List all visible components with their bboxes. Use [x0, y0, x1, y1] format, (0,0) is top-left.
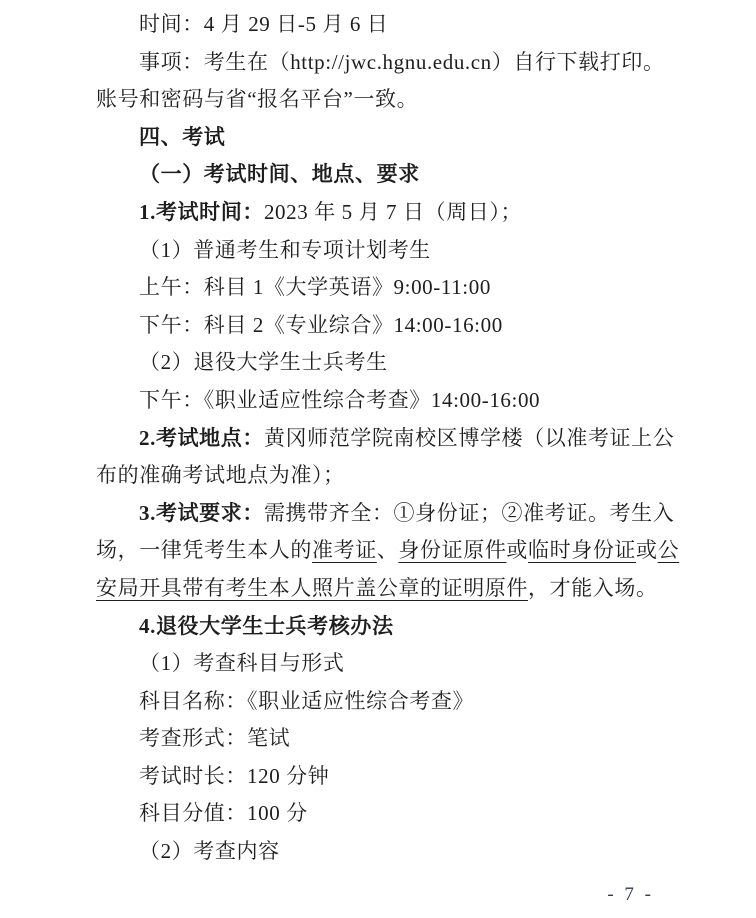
underlined-text: 公 [658, 538, 680, 562]
text-line: 下午：《职业适应性综合考查》14:00-16:00 [96, 382, 724, 420]
text-line: 场，一律凭考生本人的准考证、身份证原件或临时身份证或公 [96, 532, 724, 570]
bold-heading-text: 2.考试地点： [139, 426, 264, 450]
text-segment: 科目名称：《职业适应性综合考查》 [139, 689, 474, 713]
text-line: 上午：科目 1《大学英语》9:00-11:00 [96, 269, 724, 307]
text-segment: 下午：科目 2《专业综合》14:00-16:00 [139, 313, 503, 337]
text-line: （2）退役大学生士兵考生 [96, 344, 724, 382]
text-segment: 账号和密码与省“报名平台”一致。 [96, 87, 418, 111]
bold-heading-text: 1.考试时间： [139, 200, 264, 224]
text-line: （2）考查内容 [96, 833, 724, 871]
text-segment: 事项：考生在（http://jwc.hgnu.edu.cn）自行下载打印。 [139, 50, 665, 74]
underlined-text: 身份证原件 [398, 538, 506, 562]
text-segment: 、 [377, 538, 399, 562]
document-body: 时间：4 月 29 日-5 月 6 日事项：考生在（http://jwc.hgn… [96, 6, 724, 871]
text-segment: ，才能入场。 [528, 576, 658, 600]
text-line: 下午：科目 2《专业综合》14:00-16:00 [96, 307, 724, 345]
text-line: 4.退役大学生士兵考核办法 [96, 608, 724, 646]
text-line: 考查形式：笔试 [96, 720, 724, 758]
underlined-text: 安局开具带有考生本人照片盖公章的证明原件 [96, 576, 528, 600]
text-segment: 下午：《职业适应性综合考查》14:00-16:00 [139, 388, 540, 412]
bold-heading-text: （一）考试时间、地点、要求 [139, 162, 420, 186]
text-segment: （2）退役大学生士兵考生 [139, 350, 388, 374]
text-segment: 时间：4 月 29 日-5 月 6 日 [139, 12, 388, 36]
text-line: 布的准确考试地点为准）； [96, 457, 724, 495]
text-segment: 或 [506, 538, 528, 562]
text-segment: 考试时长：120 分钟 [139, 764, 329, 788]
document-page: 时间：4 月 29 日-5 月 6 日事项：考生在（http://jwc.hgn… [0, 0, 756, 918]
text-line: 2.考试地点：黄冈师范学院南校区博学楼（以准考证上公 [96, 420, 724, 458]
text-line: 事项：考生在（http://jwc.hgnu.edu.cn）自行下载打印。 [96, 44, 724, 82]
text-segment: （1）普通考生和专项计划考生 [139, 238, 431, 262]
underlined-text: 临时身份证 [528, 538, 636, 562]
underlined-text: 准考证 [312, 538, 377, 562]
text-segment: 需携带齐全：①身份证；②准考证。考生入 [264, 501, 674, 525]
text-segment: 2023 年 5 月 7 日（周日）； [264, 200, 522, 224]
text-line: 账号和密码与省“报名平台”一致。 [96, 81, 724, 119]
text-segment: 场，一律凭考生本人的 [96, 538, 312, 562]
text-line: （1）考查科目与形式 [96, 645, 724, 683]
text-segment: 布的准确考试地点为准）； [96, 463, 345, 487]
text-line: 科目分值：100 分 [96, 795, 724, 833]
text-line: 四、考试 [96, 119, 724, 157]
bold-heading-text: 四、考试 [139, 125, 225, 149]
text-segment: 上午：科目 1《大学英语》9:00-11:00 [139, 275, 491, 299]
bold-heading-text: 3.考试要求： [139, 501, 264, 525]
page-number: - 7 - [607, 884, 654, 905]
text-line: （1）普通考生和专项计划考生 [96, 232, 724, 270]
text-line: 科目名称：《职业适应性综合考查》 [96, 683, 724, 721]
text-line: 考试时长：120 分钟 [96, 758, 724, 796]
bold-heading-text: 4.退役大学生士兵考核办法 [139, 614, 394, 638]
text-segment: 或 [636, 538, 658, 562]
text-line: （一）考试时间、地点、要求 [96, 156, 724, 194]
text-line: 安局开具带有考生本人照片盖公章的证明原件，才能入场。 [96, 570, 724, 608]
text-segment: 黄冈师范学院南校区博学楼（以准考证上公 [264, 426, 674, 450]
text-segment: （2）考查内容 [139, 839, 280, 863]
text-line: 1.考试时间：2023 年 5 月 7 日（周日）； [96, 194, 724, 232]
text-segment: 科目分值：100 分 [139, 801, 308, 825]
page-footer: - 7 - [607, 884, 654, 906]
text-segment: 考查形式：笔试 [139, 726, 290, 750]
text-line: 3.考试要求：需携带齐全：①身份证；②准考证。考生入 [96, 495, 724, 533]
text-line: 时间：4 月 29 日-5 月 6 日 [96, 6, 724, 44]
text-segment: （1）考查科目与形式 [139, 651, 345, 675]
